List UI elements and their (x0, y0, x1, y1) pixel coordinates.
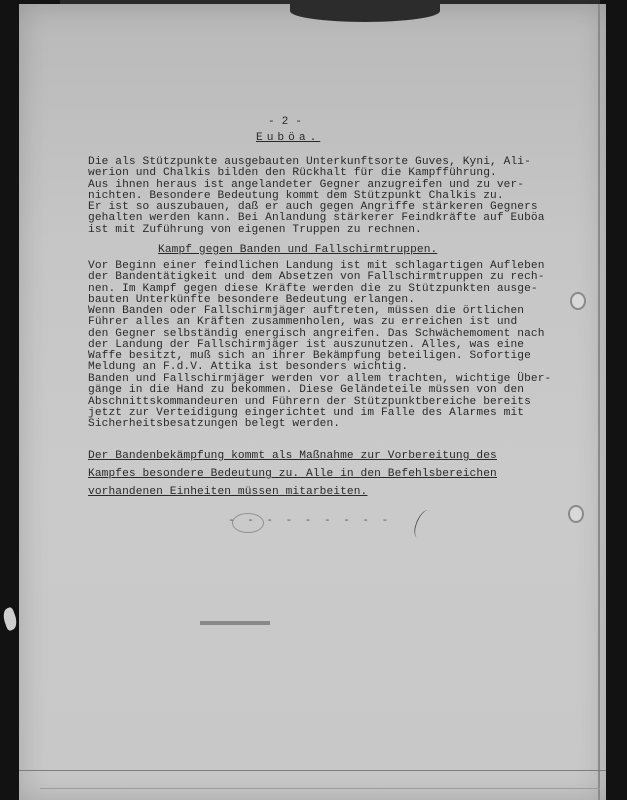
text-line: der Bandentätigkeit und dem Absetzen von… (88, 272, 545, 283)
text-line: vorhandenen Einheiten müssen mitarbeiten… (88, 483, 497, 501)
page-edge (598, 4, 600, 800)
text-line: Sicherheitsbesatzungen belegt werden. (88, 419, 551, 430)
section-heading: Euböa. (256, 133, 320, 144)
divider (19, 770, 606, 771)
text-line: gänge in die Hand zu bekommen. Diese Gel… (88, 385, 551, 396)
text-line: ist mit Zuführung von eigenen Truppen zu… (88, 225, 545, 236)
text-line: Der Bandenbekämpfung kommt als Maßnahme … (88, 447, 497, 465)
paragraph-strongpoints: Die als Stützpunkte ausgebauten Unterkun… (88, 157, 545, 236)
paragraph-closing: Der Bandenbekämpfung kommt als Maßnahme … (88, 447, 497, 501)
page-number: - 2 - (268, 117, 302, 128)
text-line: Kampfes besondere Bedeutung zu. Alle in … (88, 465, 497, 483)
ink-smudge (200, 621, 270, 625)
paragraph-landing: Vor Beginn einer feindlichen Landung ist… (88, 261, 545, 306)
text-line: Führer alles an Kräften zusammenholen, w… (88, 317, 545, 328)
text-line: werion und Chalkis bilden den Rückhalt f… (88, 168, 545, 179)
divider (40, 788, 600, 789)
punch-hole-icon (568, 505, 584, 523)
subsection-heading: Kampf gegen Banden und Fallschirmtruppen… (158, 245, 437, 256)
separator-dashes: - - - - - - - - - (228, 515, 391, 527)
punch-hole-icon (570, 292, 586, 310)
paragraph-response: Wenn Banden oder Fallschirmjäger auftret… (88, 306, 545, 374)
paper-fragment (1, 607, 20, 632)
paragraph-crossings: Banden und Fallschirmjäger werden vor al… (88, 374, 551, 430)
scan-top-blob (290, 0, 440, 22)
